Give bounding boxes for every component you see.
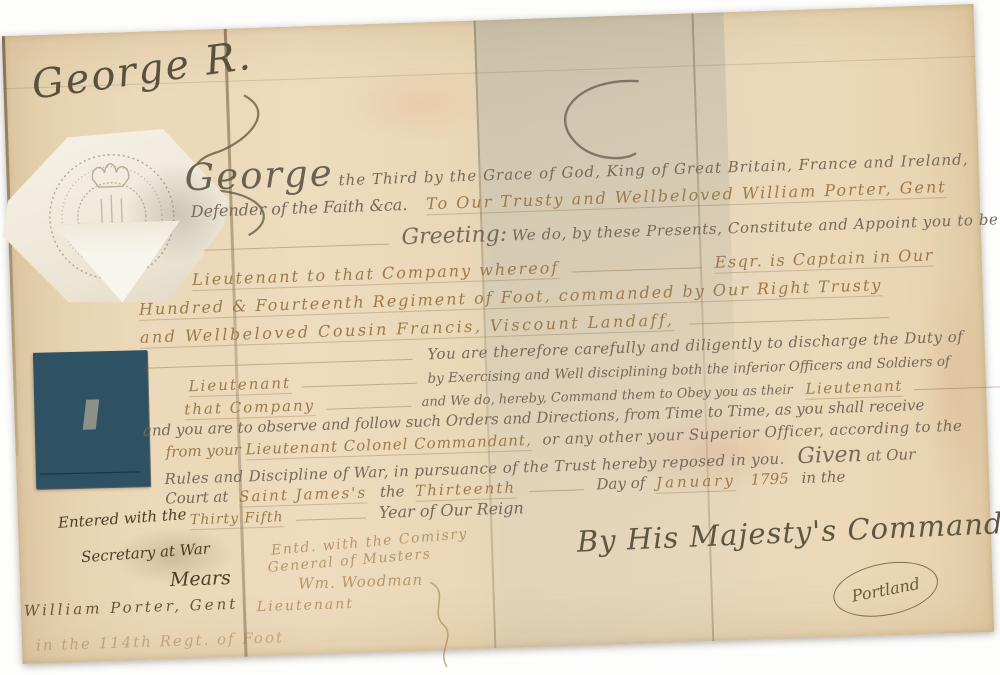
blank-rule: [204, 230, 389, 251]
blank-rule: [296, 504, 366, 521]
fill-in-text: Lieutenant: [188, 373, 291, 396]
body-text: Given: [797, 442, 862, 469]
body-text: Greeting:: [401, 222, 507, 250]
commission-document: George R. George the Third by the Grace …: [2, 4, 994, 664]
body-text: in the: [801, 467, 845, 486]
fill-in-text: Thirteenth: [415, 478, 516, 501]
fill-in-text: January: [656, 471, 736, 494]
fill-in-text: Lieutenant: [805, 376, 903, 399]
annotation-mears-signature: Mears: [170, 567, 232, 591]
blank-rule: [326, 392, 411, 409]
opening-word: George: [184, 151, 334, 199]
body-text: Court at: [165, 488, 229, 508]
countersign-name: Portland: [850, 573, 921, 605]
annotation-lieutenant: Lieutenant: [257, 596, 354, 615]
blank-rule: [301, 369, 416, 387]
fill-in-text: Thirty Fifth: [190, 509, 284, 530]
body-text: Day of: [596, 474, 645, 494]
fill-in-text: 1795: [750, 469, 789, 489]
blue-stamp-duty-patch: [33, 350, 150, 489]
fill-in-text: from your: [165, 441, 241, 462]
blank-rule: [572, 254, 702, 273]
body-text: at Our: [866, 445, 915, 465]
blank-rule: [913, 372, 1000, 389]
stamp-cipher-mark: [83, 399, 99, 429]
blank-rule: [528, 475, 583, 491]
body-text: the: [380, 482, 405, 501]
annotation-flourish: [420, 576, 463, 672]
